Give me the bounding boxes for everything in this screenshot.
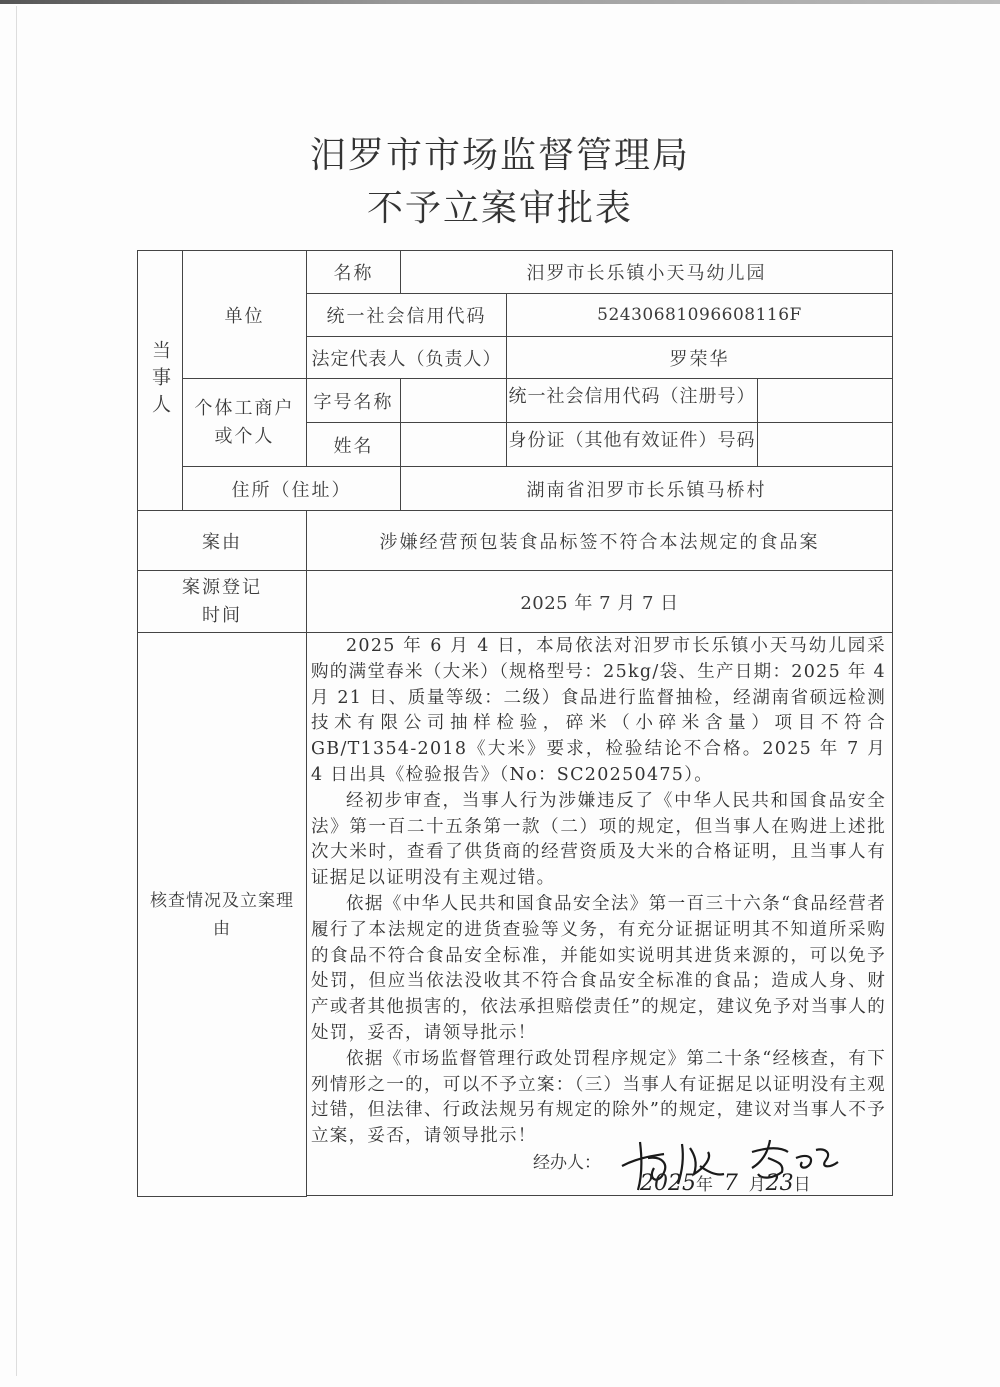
unit-name-value: 汨罗市长乐镇小天马幼儿园 [400, 250, 893, 294]
review-paragraph-1: 2025 年 6 月 4 日，本局依法对汨罗市长乐镇小天马幼儿园采购的满堂春米（… [311, 633, 886, 789]
individual-label: 个体工商户 或个人 [182, 378, 307, 467]
address-label: 住所（住址） [182, 466, 401, 511]
review-label: 核查情况及立案理 由 [137, 632, 307, 1197]
scan-edge [0, 0, 1000, 4]
id-value [757, 422, 893, 467]
unit-name-label: 名称 [306, 250, 401, 294]
address-value: 湖南省汨罗市长乐镇马桥村 [400, 466, 893, 511]
individual-label-line2: 或个人 [215, 423, 275, 451]
review-content: 2025 年 6 月 4 日，本局依法对汨罗市长乐镇小天马幼儿园采购的满堂春米（… [306, 632, 893, 1196]
unit-credit-code-label: 统一社会信用代码 [306, 293, 507, 337]
case-registered-label-line1: 案源登记 [182, 574, 262, 602]
party-section-label: 当事人 [137, 250, 183, 511]
case-cause-value: 涉嫌经营预包装食品标签不符合本法规定的食品案 [306, 510, 893, 571]
individual-name-value [400, 422, 507, 467]
date-month-label: 月 [749, 1175, 766, 1195]
date-day: 23 [766, 1171, 794, 1196]
date-year-label: 年 [696, 1175, 713, 1195]
signature-date: 2025年 7 月23日 [640, 1170, 811, 1196]
date-year: 2025 [640, 1171, 696, 1196]
party-section-text: 当事人 [146, 340, 174, 421]
trade-name-label: 字号名称 [306, 378, 401, 423]
review-label-line2: 由 [213, 915, 231, 943]
individual-label-line1: 个体工商户 [195, 395, 295, 423]
case-registered-label-line2: 时间 [202, 602, 242, 630]
unit-credit-code-value: 52430681096608116F [506, 293, 893, 337]
review-paragraph-2: 经初步审查，当事人行为涉嫌违反了《中华人民共和国食品安全法》第一百二十五条第一款… [311, 789, 886, 892]
case-registered-label: 案源登记 时间 [137, 570, 307, 633]
handler-label: 经办人： [533, 1148, 601, 1173]
unit-label: 单位 [182, 250, 307, 379]
case-cause-label: 案由 [137, 510, 307, 571]
date-day-label: 日 [794, 1175, 811, 1195]
review-paragraph-3: 依据《中华人民共和国食品安全法》第一百三十六条“食品经营者履行了本法规定的进货查… [311, 892, 886, 1047]
review-label-line1: 核查情况及立案理 [150, 887, 294, 915]
unit-legal-rep-value: 罗荣华 [506, 336, 893, 379]
reg-code-value [757, 378, 893, 423]
date-month: 7 [724, 1171, 738, 1196]
agency-title: 汨罗市市场监督管理局 [0, 127, 1000, 178]
form-title: 不予立案审批表 [0, 180, 1000, 231]
reg-code-label: 统一社会信用代码（注册号） [506, 378, 758, 423]
individual-name-label: 姓名 [306, 422, 401, 467]
trade-name-value [400, 378, 507, 423]
case-registered-value: 2025 年 7 月 7 日 [306, 570, 893, 633]
unit-legal-rep-label: 法定代表人（负责人） [306, 336, 507, 379]
id-label: 身份证（其他有效证件）号码 [506, 422, 758, 467]
